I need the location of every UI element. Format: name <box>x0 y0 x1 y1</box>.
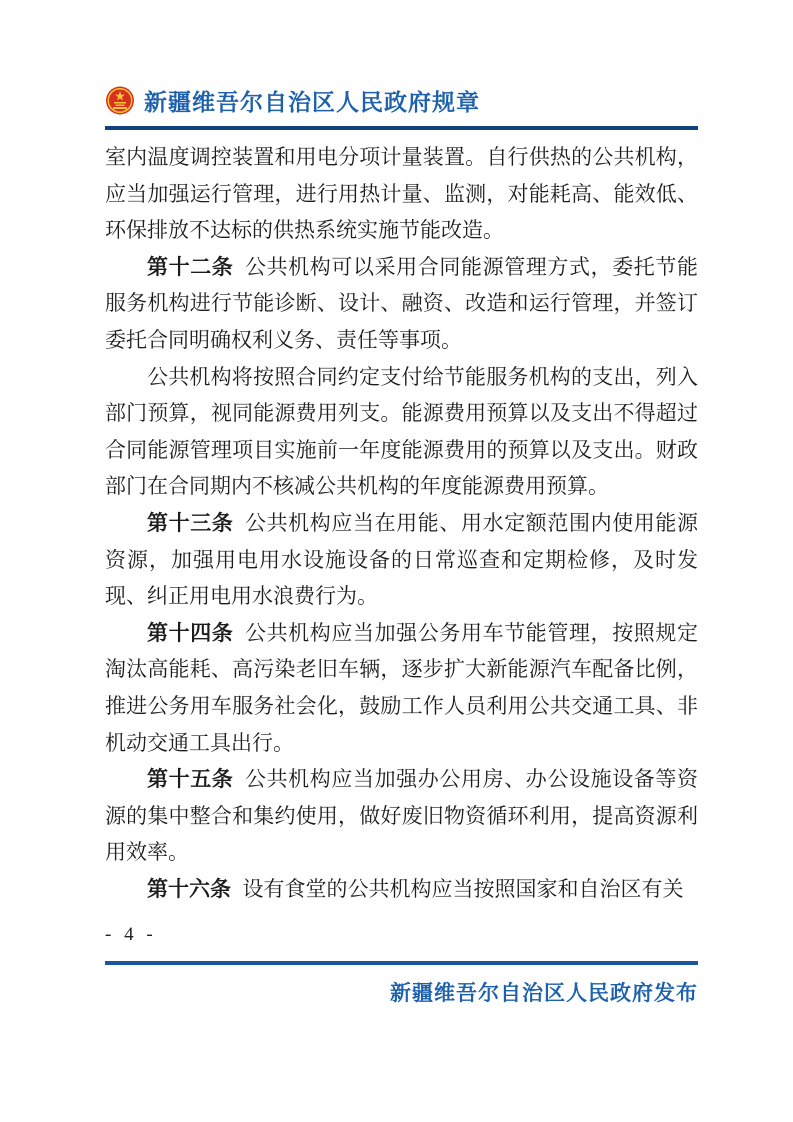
paragraph-article-16: 第十六条设有食堂的公共机构应当按照国家和自治区有关 <box>105 871 698 908</box>
paragraph-article-12: 第十二条公共机构可以采用合同能源管理方式，委托节能服务机构进行节能诊断、设计、融… <box>105 249 698 359</box>
paragraph-text: 公共机构将按照合同约定支付给节能服务机构的支出，列入部门预算，视同能源费用列支。… <box>105 365 698 499</box>
publisher-label: 新疆维吾尔自治区人民政府发布 <box>105 977 698 1007</box>
paragraph-continuation: 室内温度调控装置和用电分项计量装置。自行供热的公共机构，应当加强运行管理，进行用… <box>105 139 698 249</box>
paragraph-article-13: 第十三条公共机构应当在用能、用水定额范围内使用能源资源，加强用电用水设施设备的日… <box>105 505 698 615</box>
paragraph-text: 设有食堂的公共机构应当按照国家和自治区有关 <box>243 877 684 901</box>
page-number: - 4 - <box>105 924 157 946</box>
paragraph-article-14: 第十四条公共机构应当加强公务用车节能管理，按照规定淘汰高能耗、高污染老旧车辆，逐… <box>105 615 698 761</box>
header-divider <box>105 126 698 130</box>
national-emblem-icon <box>105 84 135 117</box>
page-header: 新疆维吾尔自治区人民政府规章 <box>105 84 698 117</box>
paragraph-article-12-cont: 公共机构将按照合同约定支付给节能服务机构的支出，列入部门预算，视同能源费用列支。… <box>105 359 698 505</box>
paragraph-text: 室内温度调控装置和用电分项计量装置。自行供热的公共机构，应当加强运行管理，进行用… <box>105 145 698 242</box>
page-title: 新疆维吾尔自治区人民政府规章 <box>144 84 480 117</box>
article-number: 第十二条 <box>147 255 233 279</box>
footer-divider <box>105 961 698 965</box>
document-page: 新疆维吾尔自治区人民政府规章 室内温度调控装置和用电分项计量装置。自行供热的公共… <box>0 0 793 1122</box>
article-number: 第十五条 <box>147 767 233 791</box>
article-number: 第十六条 <box>147 877 231 901</box>
paragraph-article-15: 第十五条公共机构应当加强办公用房、办公设施设备等资源的集中整合和集约使用，做好废… <box>105 761 698 871</box>
article-number: 第十四条 <box>147 621 233 645</box>
document-body: 室内温度调控装置和用电分项计量装置。自行供热的公共机构，应当加强运行管理，进行用… <box>105 139 698 907</box>
article-number: 第十三条 <box>147 511 233 535</box>
